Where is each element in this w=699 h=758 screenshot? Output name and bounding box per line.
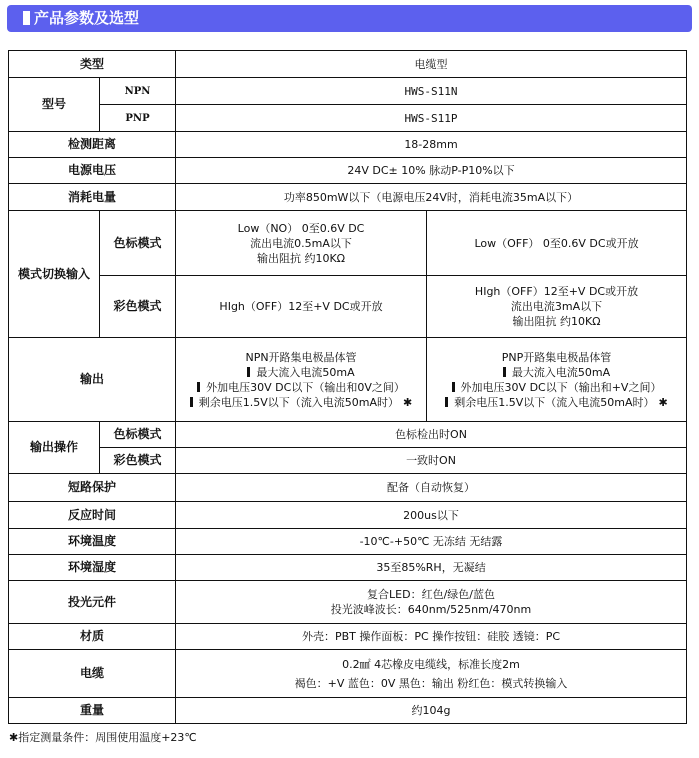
text-line: 复合LED：红色/绿色/蓝色 <box>180 587 682 602</box>
row-label: 类型 <box>9 51 176 78</box>
table-row: 短路保护 配备（自动恢复） <box>9 474 687 502</box>
table-row: 输出操作 色标模式 色标检出时ON <box>9 422 687 448</box>
table-row: PNP HWS-S11P <box>9 105 687 132</box>
row-value: 复合LED：红色/绿色/蓝色 投光波峰波长：640nm/525nm/470nm <box>176 581 687 624</box>
spec-table: 类型 电缆型 型号 NPN HWS-S11N PNP HWS-S11P 检测距离… <box>8 50 687 724</box>
list-item: 最大流入电流50mA <box>180 365 422 380</box>
row-label: 电缆 <box>9 650 176 698</box>
cell-value: Low（NO） 0至0.6V DC 流出电流0.5mA以下 输出阻抗 约10KΩ <box>176 211 427 276</box>
row-value: 功率850mW以下（电源电压24V时，消耗电流35mA以下） <box>176 184 687 211</box>
asterisk-icon: ✱ <box>403 396 412 409</box>
row-value: 配备（自动恢复） <box>176 474 687 502</box>
text-line: 输出阻抗 约10KΩ <box>180 251 422 266</box>
list-item: 外加电压30V DC以下（输出和0V之间） <box>180 380 422 395</box>
row-label: 输出操作 <box>9 422 100 474</box>
row-value: 0.2㎟ 4芯橡皮电缆线，标准长度2m 褐色：+V 蓝色：0V 黑色：输出 粉红… <box>176 650 687 698</box>
list-item-text: 外加电压30V DC以下（输出和0V之间） <box>206 381 405 394</box>
text-line: HIgh（OFF）12至+V DC或开放 <box>180 299 422 314</box>
bullet-icon <box>247 367 250 377</box>
output-npn-cell: NPN开路集电极晶体管 最大流入电流50mA 外加电压30V DC以下（输出和0… <box>176 338 427 422</box>
row-label: 投光元件 <box>9 581 176 624</box>
text-line: 0.2㎟ 4芯橡皮电缆线，标准长度2m <box>180 655 682 674</box>
row-label: 材质 <box>9 624 176 650</box>
text-line: Low（OFF） 0至0.6V DC或开放 <box>431 236 682 251</box>
cell-value: Low（OFF） 0至0.6V DC或开放 <box>427 211 687 276</box>
sub-label: 彩色模式 <box>100 276 176 338</box>
table-row: 检测距离 18-28mm <box>9 132 687 158</box>
sub-label: NPN <box>100 78 176 105</box>
table-row: 电源电压 24V DC± 10% 脉动P-P10%以下 <box>9 158 687 184</box>
text-line: 流出电流0.5mA以下 <box>180 236 422 251</box>
table-row: 彩色模式 HIgh（OFF）12至+V DC或开放 HIgh（OFF）12至+V… <box>9 276 687 338</box>
bullet-icon <box>197 382 200 392</box>
sub-label: 色标模式 <box>100 422 176 448</box>
list-item: 外加电压30V DC以下（输出和+V之间） <box>431 380 682 395</box>
text-line: HIgh（OFF）12至+V DC或开放 <box>431 284 682 299</box>
list-item-text: 最大流入电流50mA <box>512 366 610 379</box>
footnote: ✱指定测量条件：周围使用温度+23℃ <box>9 729 197 745</box>
list-item-text: 外加电压30V DC以下（输出和+V之间） <box>461 381 662 394</box>
row-value: HWS-S11P <box>176 105 687 132</box>
row-value: 色标检出时ON <box>176 422 687 448</box>
list-item: 最大流入电流50mA <box>431 365 682 380</box>
row-value: 35至85%RH，无凝结 <box>176 555 687 581</box>
list-item-text: 剩余电压1.5V以下（流入电流50mA时） <box>199 396 399 409</box>
row-value: -10℃-+50℃ 无冻结 无结露 <box>176 529 687 555</box>
table-row: 彩色模式 一致时ON <box>9 448 687 474</box>
output-pnp-cell: PNP开路集电极晶体管 最大流入电流50mA 外加电压30V DC以下（输出和+… <box>427 338 687 422</box>
table-row: 材质 外壳：PBT 操作面板：PC 操作按钮：硅胶 透镜：PC <box>9 624 687 650</box>
text-line: Low（NO） 0至0.6V DC <box>180 221 422 236</box>
text-line: 流出电流3mA以下 <box>431 299 682 314</box>
row-label: 环境温度 <box>9 529 176 555</box>
list-item-text: 剩余电压1.5V以下（流入电流50mA时） <box>454 396 654 409</box>
cell-value: HIgh（OFF）12至+V DC或开放 流出电流3mA以下 输出阻抗 约10K… <box>427 276 687 338</box>
row-value: 电缆型 <box>176 51 687 78</box>
row-value: 一致时ON <box>176 448 687 474</box>
row-value: 约104g <box>176 698 687 724</box>
bullet-icon <box>452 382 455 392</box>
row-value: HWS-S11N <box>176 78 687 105</box>
table-row: 类型 电缆型 <box>9 51 687 78</box>
table-row: 重量 约104g <box>9 698 687 724</box>
bullet-icon <box>190 397 193 407</box>
row-label: 反应时间 <box>9 502 176 529</box>
row-label: 环境湿度 <box>9 555 176 581</box>
sub-label: 色标模式 <box>100 211 176 276</box>
heading-marker-icon <box>23 11 30 25</box>
table-row: 环境温度 -10℃-+50℃ 无冻结 无结露 <box>9 529 687 555</box>
row-label: 输出 <box>9 338 176 422</box>
table-row: 消耗电量 功率850mW以下（电源电压24V时，消耗电流35mA以下） <box>9 184 687 211</box>
text-line: 输出阻抗 约10KΩ <box>431 314 682 329</box>
row-label: 型号 <box>9 78 100 132</box>
table-row: 反应时间 200us以下 <box>9 502 687 529</box>
row-label: 消耗电量 <box>9 184 176 211</box>
list-item-text: 最大流入电流50mA <box>256 366 354 379</box>
table-row: 投光元件 复合LED：红色/绿色/蓝色 投光波峰波长：640nm/525nm/4… <box>9 581 687 624</box>
text-line: 褐色：+V 蓝色：0V 黑色：输出 粉红色：模式转换输入 <box>180 674 682 693</box>
table-row: 输出 NPN开路集电极晶体管 最大流入电流50mA 外加电压30V DC以下（输… <box>9 338 687 422</box>
section-heading: 产品参数及选型 <box>7 5 692 32</box>
text-line: 投光波峰波长：640nm/525nm/470nm <box>180 602 682 617</box>
row-value: 200us以下 <box>176 502 687 529</box>
sub-label: 彩色模式 <box>100 448 176 474</box>
table-row: 模式切换输入 色标模式 Low（NO） 0至0.6V DC 流出电流0.5mA以… <box>9 211 687 276</box>
bullet-icon <box>445 397 448 407</box>
table-row: 型号 NPN HWS-S11N <box>9 78 687 105</box>
row-value: 外壳：PBT 操作面板：PC 操作按钮：硅胶 透镜：PC <box>176 624 687 650</box>
row-label: 重量 <box>9 698 176 724</box>
sub-label: PNP <box>100 105 176 132</box>
text-line: PNP开路集电极晶体管 <box>431 350 682 365</box>
text-line: NPN开路集电极晶体管 <box>180 350 422 365</box>
table-row: 电缆 0.2㎟ 4芯橡皮电缆线，标准长度2m 褐色：+V 蓝色：0V 黑色：输出… <box>9 650 687 698</box>
row-value: 18-28mm <box>176 132 687 158</box>
list-item: 剩余电压1.5V以下（流入电流50mA时）✱ <box>431 395 682 410</box>
row-label: 检测距离 <box>9 132 176 158</box>
table-row: 环境湿度 35至85%RH，无凝结 <box>9 555 687 581</box>
row-label: 电源电压 <box>9 158 176 184</box>
section-title: 产品参数及选型 <box>34 9 139 27</box>
cell-value: HIgh（OFF）12至+V DC或开放 <box>176 276 427 338</box>
row-label: 模式切换输入 <box>9 211 100 338</box>
row-value: 24V DC± 10% 脉动P-P10%以下 <box>176 158 687 184</box>
list-item: 剩余电压1.5V以下（流入电流50mA时）✱ <box>180 395 422 410</box>
row-label: 短路保护 <box>9 474 176 502</box>
asterisk-icon: ✱ <box>659 396 668 409</box>
bullet-icon <box>503 367 506 377</box>
